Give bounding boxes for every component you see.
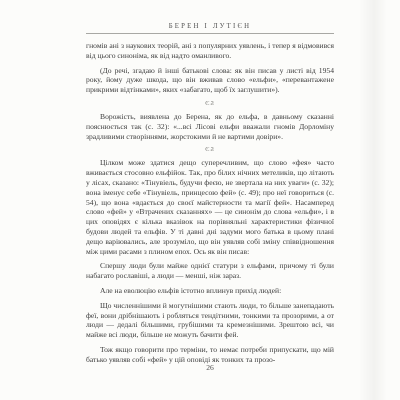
body-paragraph: гномів ані з наукових теорій, ані з попу… xyxy=(86,41,334,61)
text-column-body: гномів ані з наукових теорій, ані з попу… xyxy=(86,41,334,365)
body-paragraph: (До речі, згадаю й інші батькові слова: … xyxy=(86,66,334,95)
quote-paragraph: Спершу люди були майже однієї статури з … xyxy=(86,261,334,281)
page-edge-shadow xyxy=(359,0,387,400)
body-paragraph: Але на еволюцію ельфів істотно вплинув п… xyxy=(86,286,334,296)
text-column: БЕРЕН І ЛУТІЄН гномів ані з наукових тео… xyxy=(86,23,334,370)
section-divider-ornament: ϾϨ xyxy=(86,146,334,153)
body-paragraph: Тож якщо говорити про терміни, то немає … xyxy=(86,345,334,365)
section-divider-ornament: ϾϨ xyxy=(86,100,334,107)
body-paragraph: Цілком може здатися дещо суперечливим, щ… xyxy=(86,158,334,256)
body-paragraph: Ворожість, виявлена до Берена, як до ель… xyxy=(86,112,334,141)
book-page: БЕРЕН І ЛУТІЄН гномів ані з наукових тео… xyxy=(0,0,400,400)
quote-paragraph: Що численнішими й могутнішими стають люд… xyxy=(86,301,334,340)
running-header: БЕРЕН І ЛУТІЄН xyxy=(86,23,334,34)
page-number: 26 xyxy=(86,363,334,372)
